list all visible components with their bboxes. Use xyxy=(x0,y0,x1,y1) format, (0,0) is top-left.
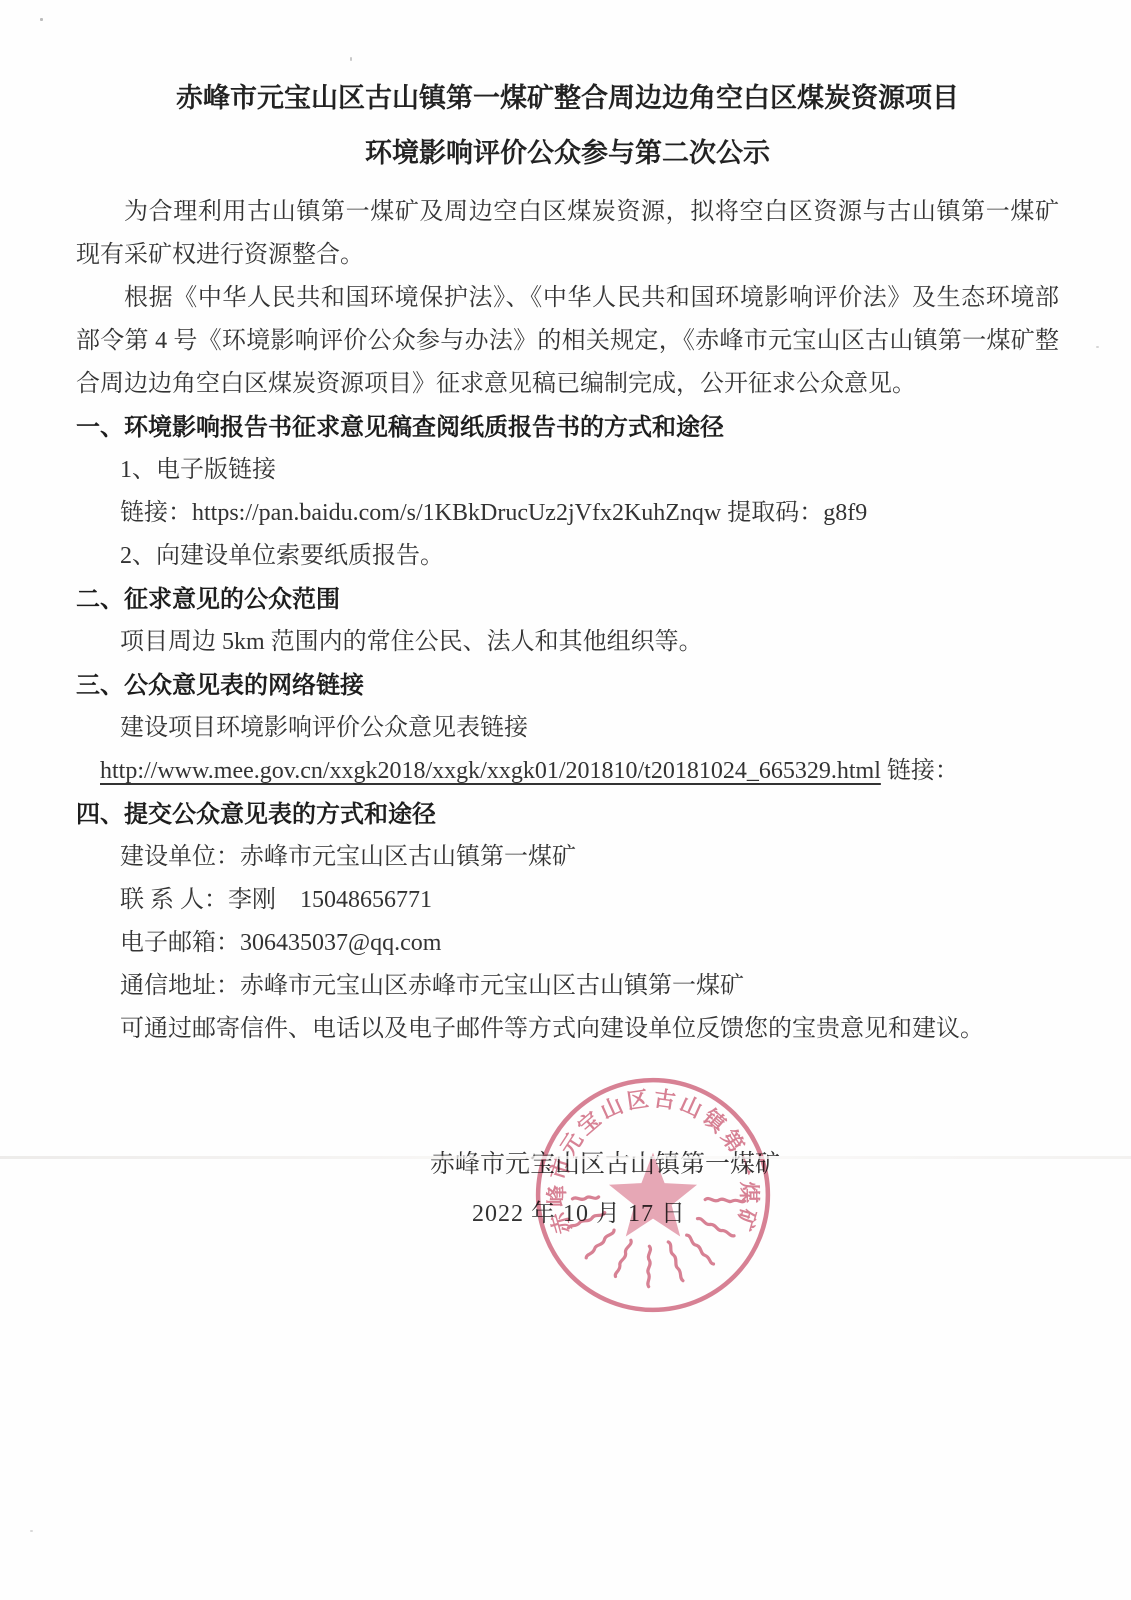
baidu-link-line: 链接：https://pan.baidu.com/s/1KBkDrucUz2jV… xyxy=(76,492,1059,535)
section1-item1: 1、电子版链接 xyxy=(76,449,1059,492)
scan-artifact-line xyxy=(0,1156,1131,1159)
mee-link-url: http://www.mee.gov.cn/xxgk2018/xxgk/xxgk… xyxy=(100,758,881,784)
signature-date: 2022 年 10 月 17 日 xyxy=(472,1199,686,1229)
intro-paragraph-1: 为合理利用古山镇第一煤矿及周边空白区煤炭资源，拟将空白区资源与古山镇第一煤矿现有… xyxy=(76,191,1059,277)
mee-link-line: http://www.mee.gov.cn/xxgk2018/xxgk/xxgk… xyxy=(76,750,1059,793)
mee-link-suffix: 链接： xyxy=(881,758,959,784)
scan-speck xyxy=(30,1530,33,1532)
baidu-link-url: https://pan.baidu.com/s/1KBkDrucUz2jVfx2… xyxy=(192,500,721,526)
section2-heading: 二、征求意见的公众范围 xyxy=(76,578,1059,621)
doc-title-line2: 环境影响评价公众参与第二次公示 xyxy=(76,135,1059,171)
mailing-address-line: 通信地址：赤峰市元宝山区赤峰市元宝山区古山镇第一煤矿 xyxy=(76,965,1059,1008)
scan-speck xyxy=(40,18,43,21)
section1-heading: 一、环境影响报告书征求意见稿查阅纸质报告书的方式和途径 xyxy=(76,406,1059,449)
signature-organization: 赤峰市元宝山区古山镇第一煤矿 xyxy=(430,1150,780,1180)
feedback-note-line: 可通过邮寄信件、电话以及电子邮件等方式向建设单位反馈您的宝贵意见和建议。 xyxy=(76,1008,1059,1051)
document-content: 赤峰市元宝山区古山镇第一煤矿整合周边边角空白区煤炭资源项目 环境影响评价公众参与… xyxy=(76,80,1059,1051)
section1-item2: 2、向建设单位索要纸质报告。 xyxy=(76,535,1059,578)
construction-unit-line: 建设单位：赤峰市元宝山区古山镇第一煤矿 xyxy=(76,836,1059,879)
scan-speck xyxy=(1096,346,1099,348)
baidu-link-label: 链接： xyxy=(120,500,192,526)
section3-body: 建设项目环境影响评价公众意见表链接 xyxy=(76,707,1059,750)
scanned-document-page: 赤峰市元宝山区古山镇第一煤矿整合周边边角空白区煤炭资源项目 环境影响评价公众参与… xyxy=(0,0,1131,1600)
intro-paragraph-2: 根据《中华人民共和国环境保护法》、《中华人民共和国环境影响评价法》及生态环境部部… xyxy=(76,277,1059,406)
extract-code: 提取码：g8f9 xyxy=(721,500,867,526)
section3-heading: 三、公众意见表的网络链接 xyxy=(76,664,1059,707)
scan-speck xyxy=(350,57,352,61)
section2-body: 项目周边 5km 范围内的常住公民、法人和其他组织等。 xyxy=(76,621,1059,664)
section4-heading: 四、提交公众意见表的方式和途径 xyxy=(76,793,1059,836)
contact-person-line: 联 系 人：李刚 15048656771 xyxy=(76,879,1059,922)
official-stamp: 赤峰市元宝山区古山镇第一煤矿 xyxy=(524,1066,782,1324)
email-line: 电子邮箱：306435037@qq.com xyxy=(76,922,1059,965)
stamp-circle xyxy=(538,1080,768,1310)
doc-title-line1: 赤峰市元宝山区古山镇第一煤矿整合周边边角空白区煤炭资源项目 xyxy=(76,80,1059,116)
